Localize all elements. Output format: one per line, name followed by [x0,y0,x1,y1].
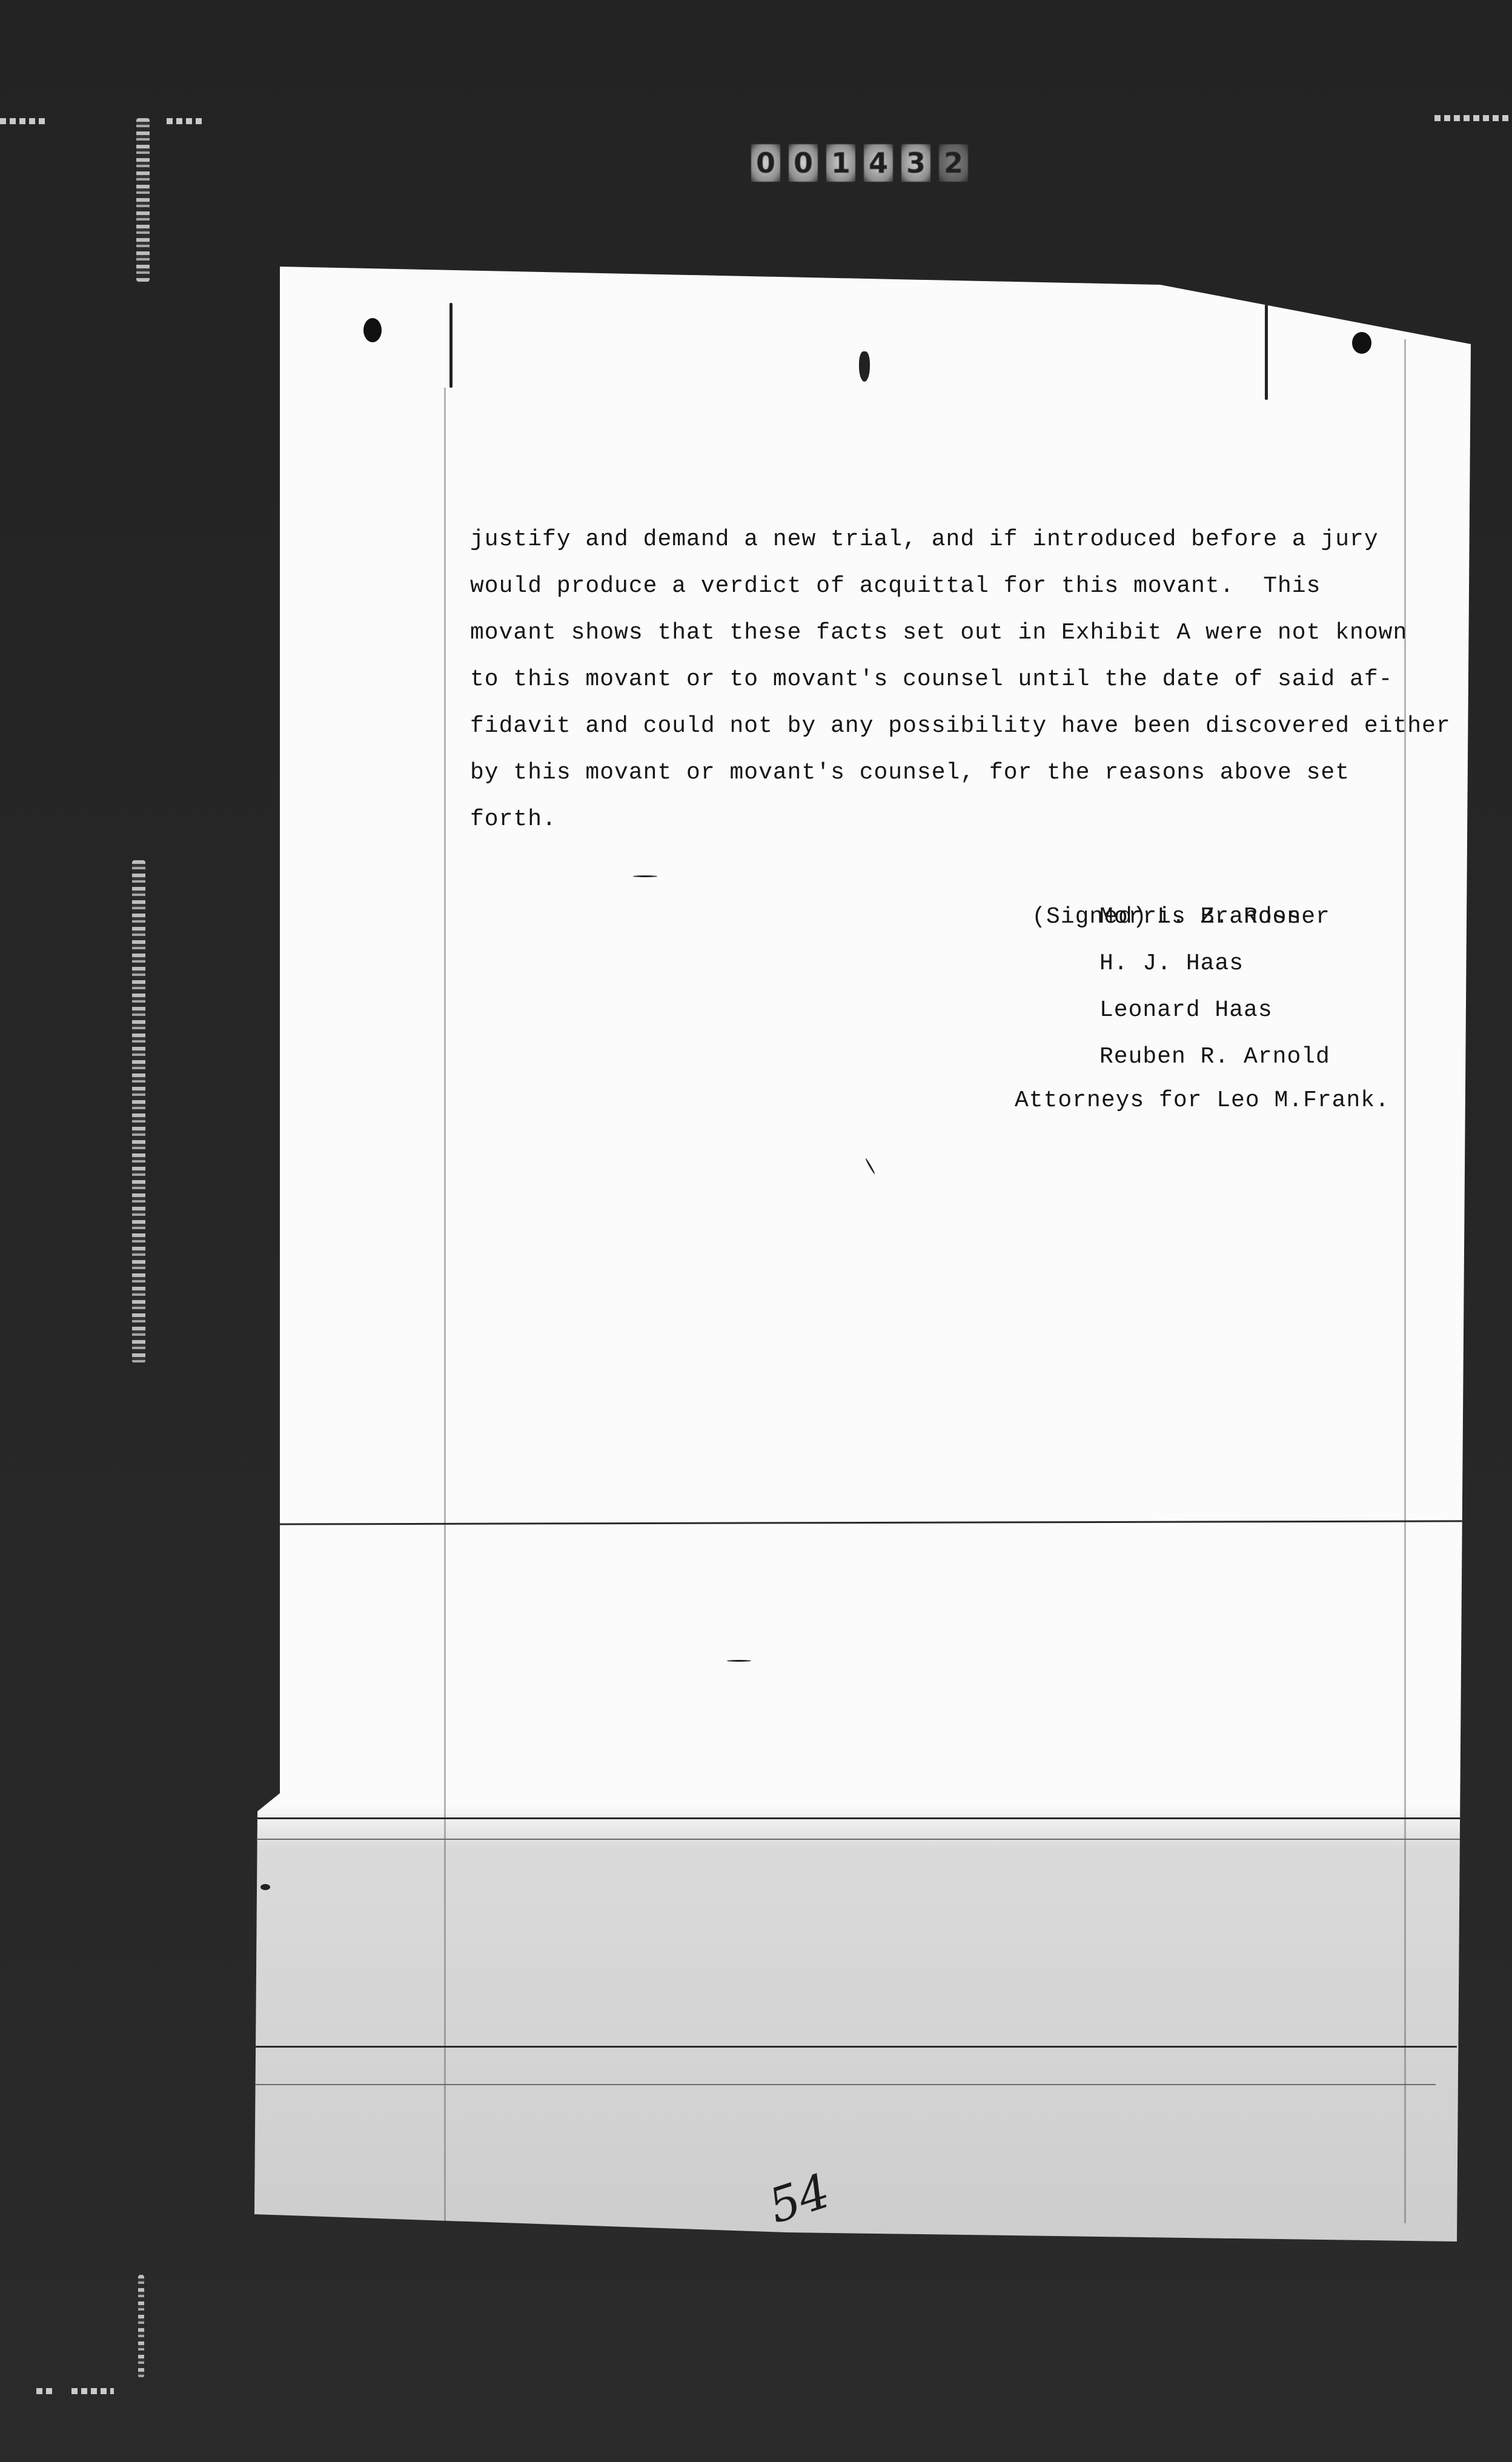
film-frame-mark-bottom-2 [71,2388,114,2394]
body-line: to this movant or to movant's counsel un… [470,656,1451,703]
body-line: forth. [470,796,1451,843]
stamp-digit: 2 [939,144,968,182]
punch-hole-icon [1352,332,1371,354]
stamp-digit: 4 [864,144,893,182]
film-sprocket-strip-mid [132,860,145,1363]
speck [260,1884,270,1890]
film-frame-mark-left-2 [167,118,203,124]
film-sprocket-strip-bottom [138,2275,144,2378]
signature-block: (Signed)L. Z. Rosser Morris Brandon H. J… [974,847,1330,1080]
attorneys-closing: Attorneys for Leo M.Frank. [1015,1077,1390,1124]
frame-number-stamp: 0 0 1 4 3 2 [751,144,968,182]
ruled-line [254,2046,1457,2048]
fold-crease [1265,303,1268,400]
speck [633,875,657,877]
margin-line [444,388,446,2229]
typed-body-paragraph: justify and demand a new trial, and if i… [470,516,1451,843]
film-frame-mark-left [0,118,48,124]
film-frame-mark-right [1434,115,1512,121]
ruled-line [260,1520,1466,1525]
signatory-name: Leonard Haas [1099,987,1273,1034]
ruled-line [257,1817,1460,1819]
signatory-name: H. J. Haas [1099,940,1244,987]
speck [865,1158,876,1174]
signatory-name: Reuben R. Arnold [1099,1034,1330,1080]
body-line: justify and demand a new trial, and if i… [470,516,1451,563]
ink-blot [859,351,870,382]
ruled-line [254,2084,1436,2085]
ruled-line [257,1839,1460,1840]
stamp-digit: 0 [789,144,818,182]
body-line: would produce a verdict of acquittal for… [470,563,1451,609]
body-line: by this movant or movant's counsel, for … [470,749,1451,796]
body-line: movant shows that these facts set out in… [470,609,1451,656]
body-line: fidavit and could not by any possibility… [470,703,1451,749]
stamp-digit: 3 [901,144,930,182]
film-frame-mark-bottom [36,2388,55,2394]
stamp-digit: 1 [826,144,855,182]
speck [727,1660,751,1662]
film-sprocket-strip-top [136,118,150,282]
punch-hole-icon [363,318,382,342]
signatory-name: Morris Brandon [1099,894,1301,940]
fold-crease [449,303,453,388]
stamp-digit: 0 [751,144,780,182]
